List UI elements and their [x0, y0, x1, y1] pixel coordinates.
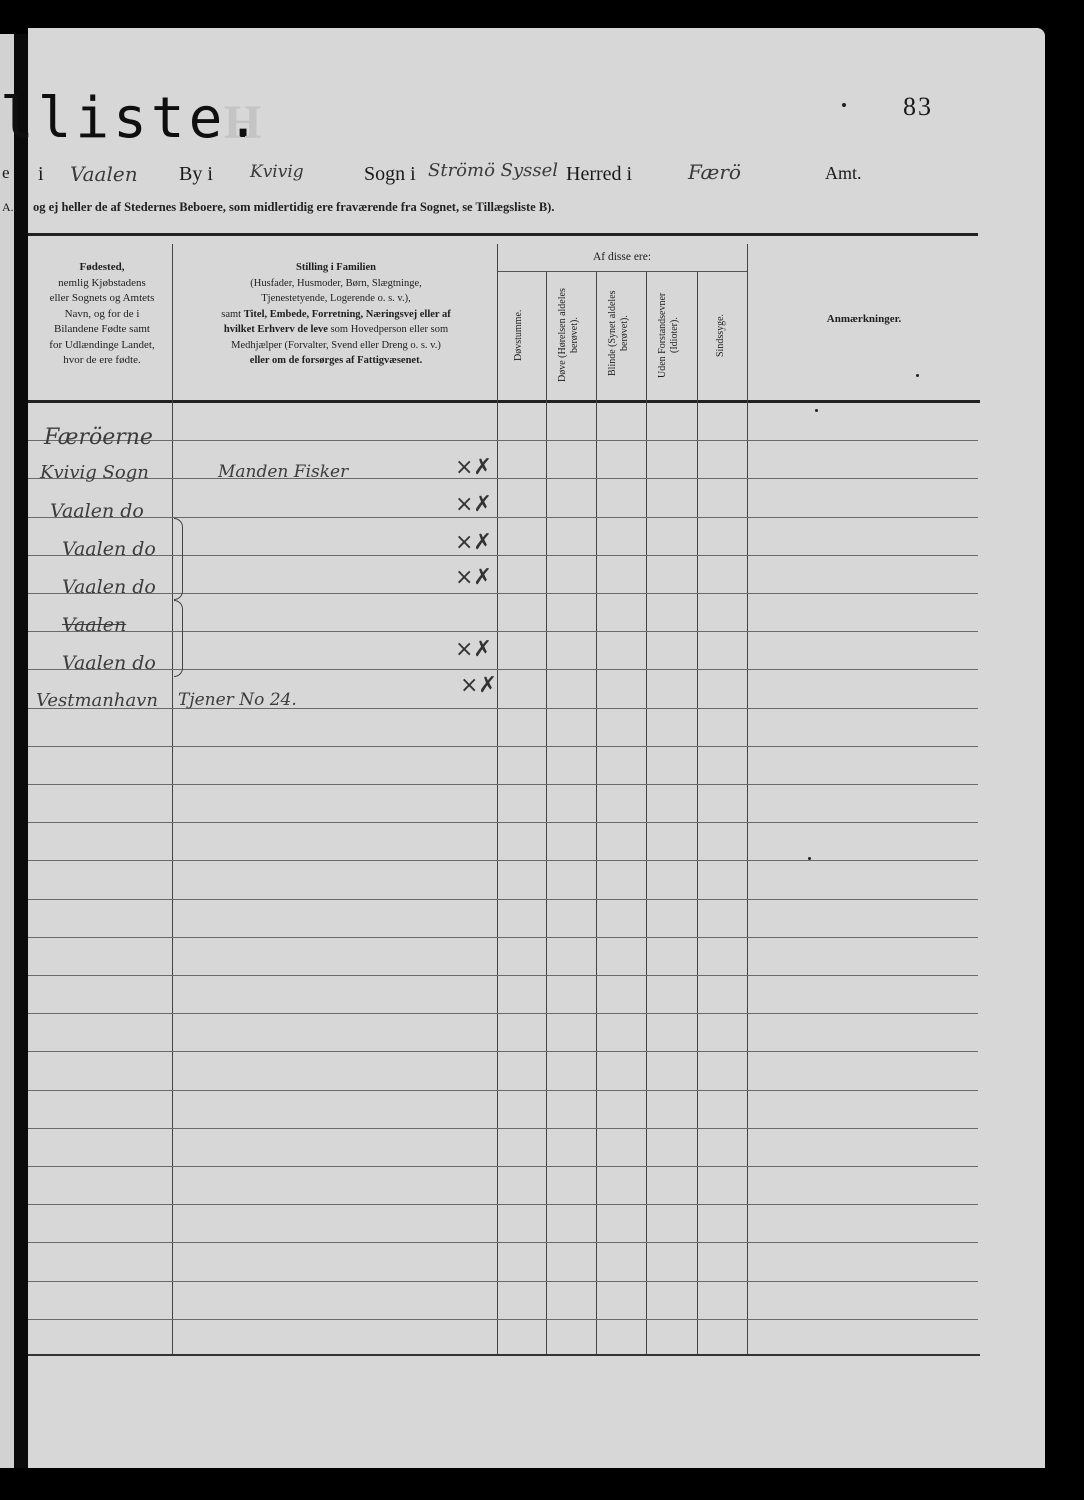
ink-dot — [916, 374, 919, 377]
header-stilling-line: Medhjælper (Forvalter, Svend eller Dreng… — [176, 338, 496, 354]
row-rule — [28, 899, 978, 900]
header-stilling-line: hvilket Erhverv de leve som Hovedperson … — [176, 322, 496, 338]
text-segment-bold: Titel, Embede, Forretning, Næringsvej el… — [244, 309, 451, 320]
amt-label: Amt. — [825, 163, 862, 184]
header-stilling-title: Stilling i Familien — [176, 260, 496, 276]
bleed-through-letter: H — [224, 95, 261, 150]
col-divider — [747, 244, 748, 1354]
col-divider — [697, 272, 698, 1354]
table-bottom-rule — [28, 1354, 980, 1356]
table-top-rule — [28, 233, 978, 236]
row-rule — [28, 822, 978, 823]
row-7-fodested: Vaalen do — [62, 652, 156, 674]
previous-page-edge — [0, 34, 14, 1468]
header-stilling-line: (Husfader, Husmoder, Børn, Slægtninge, — [176, 276, 496, 292]
ink-dot — [808, 857, 811, 860]
row-rule — [28, 1090, 978, 1091]
header-stilling-line: Tjenestetyende, Logerende o. s. v.), — [176, 291, 496, 307]
sogn-label: Sogn i — [364, 163, 416, 186]
census-page — [28, 28, 1045, 1468]
ink-dot — [842, 103, 846, 107]
header-dovstumme: Døvstumme. — [513, 285, 527, 385]
header-fodested-line: Bilandene Fødte samt — [33, 322, 171, 338]
header-fodested-line: for Udlændinge Landet, — [33, 338, 171, 354]
row-3-check-mark: ×✗ — [455, 492, 492, 517]
row-rule — [28, 1013, 978, 1014]
row-rule — [28, 478, 978, 479]
text-segment: som Hovedperson eller som — [328, 324, 448, 335]
row-rule — [28, 937, 978, 938]
header-fodested: Fødested, nemlig Kjøbstadens eller Sogne… — [33, 260, 171, 369]
cut-prefix: e — [2, 163, 10, 183]
header-fodested-line: nemlig Kjøbstadens — [33, 276, 171, 292]
header-stilling: Stilling i Familien (Husfader, Husmoder,… — [176, 260, 496, 369]
herred-value: Færö — [688, 160, 741, 184]
header-stilling-line: eller om de forsørges af Fattigvæsenet. — [176, 353, 496, 369]
row-7-check-mark: ×✗ — [455, 637, 492, 662]
row-rule — [28, 708, 978, 709]
row-rule — [28, 784, 978, 785]
header-anmaerkninger: Anmærkninger. — [750, 312, 978, 328]
header-fodested-title: Fødested, — [33, 260, 171, 276]
row-5-check-mark: ×✗ — [455, 565, 492, 590]
row-rule — [28, 631, 978, 632]
header-dove: Døve (Hørelsen aldeles berøvet). — [557, 278, 585, 393]
bracket-mark — [174, 518, 183, 600]
row-8-fodested: Vestmanhavn — [36, 690, 158, 711]
row-rule — [28, 860, 978, 861]
text-segment: samt — [221, 309, 243, 320]
row-rule — [28, 555, 978, 556]
col-divider — [546, 272, 547, 1354]
col-divider — [646, 272, 647, 1354]
row-rule — [28, 440, 978, 441]
row-5-fodested: Vaalen do — [62, 576, 156, 598]
row-rule — [28, 669, 978, 670]
by-value: Kvivig — [250, 162, 304, 182]
row-rule — [28, 593, 978, 594]
bracket-mark — [174, 600, 183, 677]
row-6-fodested-struck: Vaalen — [62, 614, 126, 636]
col-divider — [497, 244, 498, 1354]
header-sindssyge: Sindssyge. — [715, 300, 729, 370]
row-rule — [28, 1281, 978, 1282]
row-2-check-mark: ×✗ — [455, 455, 492, 480]
header-fodested-line: hvor de ere fødte. — [33, 353, 171, 369]
row-rule — [28, 975, 978, 976]
row-8-check-mark: ×✗ — [460, 673, 497, 698]
header-uden-forstandsevner: Uden Forstandsevner (Idioter). — [657, 278, 685, 393]
row-rule — [28, 1319, 978, 1320]
row-rule — [28, 1242, 978, 1243]
row-1-fodested: Færöerne — [44, 425, 153, 450]
row-4-fodested: Vaalen do — [62, 538, 156, 560]
ink-dot — [815, 409, 818, 412]
row-rule — [28, 1128, 978, 1129]
row-rule — [28, 517, 978, 518]
header-fodested-line: Navn, og for de i — [33, 307, 171, 323]
by-label: By i — [179, 163, 213, 186]
header-af-disse-ere: Af disse ere: — [497, 250, 747, 266]
col-divider — [596, 272, 597, 1354]
subheader-rule — [497, 271, 747, 272]
row-rule — [28, 1051, 978, 1052]
sogn-value: Strömö Syssel — [428, 160, 558, 181]
herred-label: Herred i — [566, 163, 632, 186]
col-divider — [172, 244, 173, 1354]
row-rule — [28, 746, 978, 747]
row-3-fodested: Vaalen do — [50, 500, 144, 522]
instruction-note: og ej heller de af Stedernes Beboere, so… — [33, 200, 554, 215]
header-stilling-line: samt Titel, Embede, Forretning, Næringsv… — [176, 307, 496, 323]
header-blinde: Blinde (Synet aldeles berøvet). — [607, 278, 635, 388]
row-2-fodested: Kvivig Sogn — [40, 462, 149, 483]
row-4-check-mark: ×✗ — [455, 530, 492, 555]
book-spine — [14, 34, 28, 1468]
row-2-stilling: Manden Fisker — [218, 462, 348, 482]
page-number: 83 — [903, 92, 933, 122]
row-8-stilling: Tjener No 24. — [178, 690, 297, 710]
text-segment-bold: hvilket Erhverv de leve — [224, 324, 328, 335]
header-bottom-rule — [28, 400, 980, 403]
place-value: Vaalen — [70, 162, 138, 186]
place-label: i — [38, 163, 44, 186]
header-fodested-line: eller Sognets og Amtets — [33, 291, 171, 307]
row-rule — [28, 1204, 978, 1205]
cut-prefix-note: A. — [2, 200, 14, 215]
row-rule — [28, 1166, 978, 1167]
